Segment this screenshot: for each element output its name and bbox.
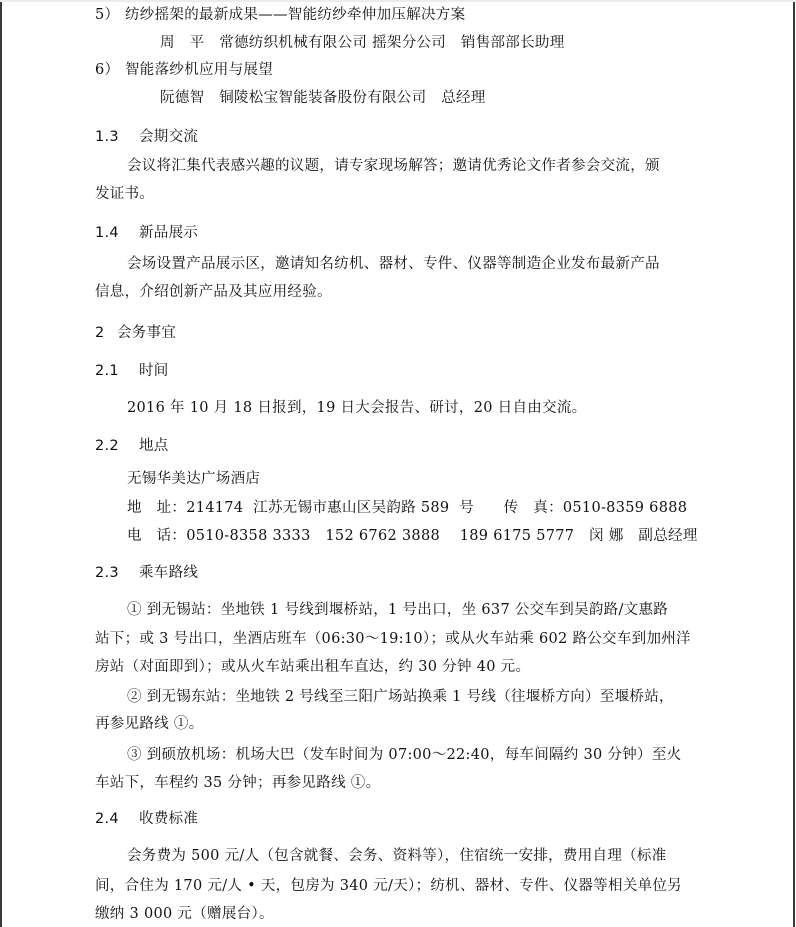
- route-line: ② 到无锡东站：坐地铁 2 号线至三阳广场站换乘 1 号线（往堰桥方向）至堰桥站…: [127, 688, 674, 706]
- section-title: 收费标准: [139, 811, 198, 827]
- date-text: 2016 年 10 月 18 日报到，19 日大会报告、研讨，20 日自由交流。: [127, 399, 586, 417]
- section-heading-1-4: 1.4新品展示: [95, 224, 198, 242]
- route-line: 车站下，车程约 35 分钟；再参见路线 ①。: [95, 774, 380, 792]
- paragraph-line: 会议将汇集代表感兴趣的议题，请专家现场解答；邀请优秀论文作者参会交流，颁: [127, 157, 660, 175]
- hotel-name: 无锡华美达广场酒店: [127, 470, 260, 488]
- item-title: 智能落纱机应用与展望: [125, 62, 273, 78]
- route-line: ① 到无锡站：坐地铁 1 号线到堰桥站，1 号出口，坐 637 公交车到吴韵路/…: [127, 601, 668, 619]
- section-title: 时间: [139, 363, 169, 379]
- route-line: ③ 到硕放机场：机场大巴（发车时间为 07:00～22:40，每车间隔约 30 …: [127, 746, 681, 764]
- list-item-6: 6）智能落纱机应用与展望: [95, 61, 273, 79]
- fee-line: 缴纳 3 000 元（赠展台）。: [95, 905, 274, 923]
- paragraph-line: 会场设置产品展示区，邀请知名纺机、器材、专件、仪器等制造企业发布最新产品: [127, 255, 660, 273]
- section-title: 地点: [139, 438, 169, 454]
- item-title: 纺纱摇架的最新成果——智能纺纱牵伸加压解决方案: [125, 7, 465, 23]
- hotel-phone: 电 话：0510-8358 3333 152 6762 3888 189 617…: [127, 527, 698, 545]
- list-item-5: 5）纺纱摇架的最新成果——智能纺纱牵伸加压解决方案: [95, 6, 465, 24]
- section-heading-2-3: 2.3乘车路线: [95, 564, 198, 582]
- item-number: 5）: [95, 6, 125, 24]
- section-heading-2-1: 2.1时间: [95, 362, 169, 380]
- section-heading-2-2: 2.2地点: [95, 437, 169, 455]
- page-top-edge: [0, 0, 796, 2]
- section-number: 2.1: [95, 362, 139, 380]
- section-heading-2: 2会务事宜: [95, 324, 176, 342]
- fee-line: 会务费为 500 元/人（包含就餐、会务、资料等），住宿统一安排，费用自理（标准: [127, 847, 667, 865]
- section-title: 新品展示: [139, 225, 198, 241]
- section-number: 2: [95, 324, 117, 342]
- fee-line: 间，合住为 170 元/人 • 天，包房为 340 元/天）；纺机、器材、专件、…: [95, 877, 682, 895]
- section-title: 乘车路线: [139, 565, 198, 581]
- section-number: 1.4: [95, 224, 139, 242]
- section-number: 1.3: [95, 128, 139, 146]
- item-speaker: 周 平 常德纺织机械有限公司 摇架分公司 销售部部长助理: [160, 34, 565, 52]
- section-title: 会务事宜: [117, 325, 176, 341]
- section-heading-2-4: 2.4收费标准: [95, 810, 198, 828]
- section-number: 2.2: [95, 437, 139, 455]
- hotel-address: 地 址：214174 江苏无锡市惠山区吴韵路 589 号 传 真：0510-83…: [127, 499, 687, 517]
- item-number: 6）: [95, 61, 125, 79]
- paragraph-line: 信息，介绍创新产品及其应用经验。: [95, 283, 332, 301]
- section-heading-1-3: 1.3会期交流: [95, 128, 198, 146]
- route-line: 房站（对面即到）；或从火车站乘出租车直达，约 30 分钟 40 元。: [95, 658, 530, 676]
- route-line: 站下；或 3 号出口，坐酒店班车（06:30～19:10）；或从火车站乘 602…: [95, 630, 691, 648]
- paragraph-line: 发证书。: [95, 185, 154, 203]
- item-speaker: 阮德智 铜陵松宝智能装备股份有限公司 总经理: [160, 89, 486, 107]
- page-right-border: [793, 2, 795, 927]
- section-number: 2.3: [95, 564, 139, 582]
- section-number: 2.4: [95, 810, 139, 828]
- section-title: 会期交流: [139, 129, 198, 145]
- page-left-border: [0, 2, 2, 927]
- route-line: 再参见路线 ①。: [95, 715, 204, 733]
